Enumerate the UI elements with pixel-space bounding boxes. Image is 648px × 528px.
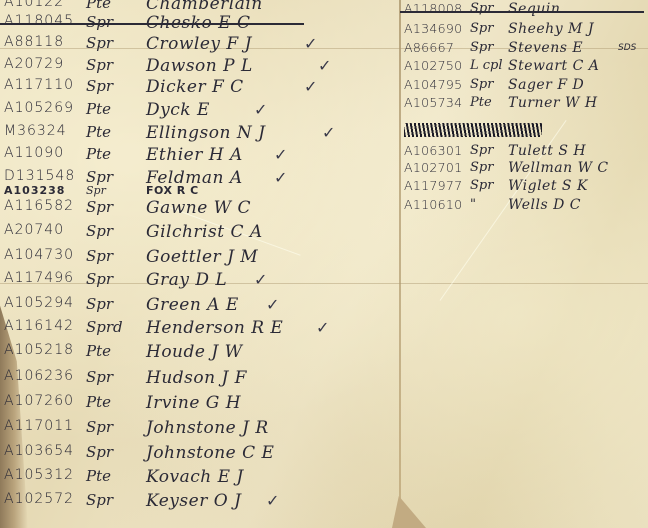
roster-entry-struck: A118008 Spr Sequin — [404, 1, 604, 23]
rank: Sprd — [86, 318, 123, 336]
rank: Spr — [470, 40, 493, 55]
rank: Spr — [86, 56, 113, 74]
service-number: A105218 — [4, 342, 74, 358]
rank: Spr — [86, 184, 106, 197]
soldier-name: Stevens E — [508, 40, 583, 56]
service-number: A118008 — [404, 1, 462, 16]
rank: Spr — [86, 295, 113, 313]
soldier-name: Kovach E J — [146, 467, 244, 487]
service-number: A105312 — [4, 467, 74, 483]
service-number: A105294 — [4, 295, 74, 311]
soldier-name: Wellman W C — [508, 160, 609, 176]
check-mark-icon: ✓ — [266, 295, 279, 314]
soldier-name: Johnstone J R — [146, 418, 269, 438]
service-number: A116142 — [4, 318, 74, 334]
soldier-name: Sager F D — [508, 77, 584, 93]
soldier-name: Wells D C — [508, 197, 581, 213]
soldier-name: Wiglet S K — [508, 178, 588, 194]
service-number: A105269 — [4, 100, 74, 116]
rank: Spr — [86, 443, 113, 461]
soldier-name: Gray D L — [146, 270, 227, 290]
rank: Spr — [470, 21, 493, 36]
soldier-name: Sheehy M J — [508, 21, 594, 37]
soldier-name: FOX R C — [146, 184, 199, 197]
check-mark-icon: ✓ — [254, 270, 267, 289]
rank: Spr — [470, 77, 493, 92]
rank: Pte — [86, 467, 111, 485]
soldier-name: Dawson P L — [146, 56, 253, 76]
service-number: A117977 — [404, 178, 462, 193]
service-number: A102572 — [4, 491, 74, 507]
service-number: A134690 — [404, 21, 462, 36]
soldier-name: Turner W H — [508, 95, 598, 111]
service-number: A106236 — [4, 368, 74, 384]
soldier-name: Keyser O J — [146, 491, 241, 511]
rank: Spr — [86, 491, 113, 509]
soldier-name: Chesko E C — [146, 13, 251, 33]
rank: L cpl — [470, 58, 503, 73]
rank: Pte — [86, 123, 111, 141]
soldier-name: Green A E — [146, 295, 239, 315]
rank: Spr — [86, 247, 113, 265]
rank: Spr — [86, 222, 113, 240]
check-mark-icon: ✓ — [254, 100, 267, 119]
check-mark-icon: ✓ — [304, 34, 317, 53]
margin-note: SDS — [618, 43, 636, 53]
service-number: A104795 — [404, 77, 462, 92]
rank: Spr — [86, 77, 113, 95]
soldier-name: Ellingson N J — [146, 123, 265, 143]
service-number: A104730 — [4, 247, 74, 263]
check-mark-icon: ✓ — [318, 56, 331, 75]
soldier-name: Sequin — [508, 1, 560, 17]
soldier-name: Gilchrist C A — [146, 222, 263, 242]
rank: Spr — [86, 270, 113, 288]
rank: Pte — [86, 145, 111, 163]
rank: " — [470, 197, 476, 212]
soldier-name: Gawne W C — [146, 198, 251, 218]
service-number: A20740 — [4, 222, 64, 238]
rank: Pte — [86, 0, 111, 12]
service-number: A117110 — [4, 77, 74, 93]
service-number: A118045 — [4, 13, 74, 29]
rank: Pte — [86, 100, 111, 118]
rank: Spr — [470, 160, 493, 175]
service-number: A20729 — [4, 56, 64, 72]
check-mark-icon: ✓ — [266, 491, 279, 510]
service-number: A11090 — [4, 145, 64, 161]
service-number: A107260 — [4, 393, 74, 409]
service-number: A86667 — [404, 40, 454, 55]
soldier-name: Johnstone C E — [146, 443, 274, 463]
soldier-name: Goettler J M — [146, 247, 258, 267]
service-number: A117011 — [4, 418, 74, 434]
rank: Spr — [470, 143, 493, 158]
soldier-name: Crowley F J — [146, 34, 252, 54]
service-number: A88118 — [4, 34, 64, 50]
soldier-name: Houde J W — [146, 342, 243, 362]
soldier-name: Stewart C A — [508, 58, 599, 74]
check-mark-icon: ✓ — [322, 123, 335, 142]
service-number: M36324 — [4, 123, 67, 139]
check-mark-icon: ✓ — [274, 168, 287, 187]
service-number: A116582 — [4, 198, 74, 214]
soldier-name: Henderson R E — [146, 318, 283, 338]
rank: Spr — [86, 34, 113, 52]
vertical-fold-line — [399, 0, 401, 528]
rank: Spr — [86, 198, 113, 216]
check-mark-icon: ✓ — [316, 318, 329, 337]
check-mark-icon: ✓ — [274, 145, 287, 164]
soldier-name: Chamberlain — [146, 0, 263, 14]
roster-entry-struck: A118045 Spr Chesko E C — [4, 13, 264, 35]
service-number: A105734 — [404, 95, 462, 110]
rank: Spr — [86, 418, 113, 436]
service-number: A10122 — [4, 0, 64, 10]
soldier-name: Dyck E — [146, 100, 210, 120]
rank: Pte — [86, 342, 111, 360]
soldier-name: Dicker F C — [146, 77, 244, 97]
rank: Pte — [470, 95, 492, 110]
rank: Spr — [470, 178, 493, 193]
soldier-name: Tulett S H — [508, 143, 586, 159]
rank: Pte — [86, 393, 111, 411]
rank: Spr — [86, 368, 113, 386]
roster-entry-scribbled: Spr Watt — [404, 119, 574, 141]
service-number: A103654 — [4, 443, 74, 459]
check-mark-icon: ✓ — [304, 77, 317, 96]
rank: Spr — [470, 1, 493, 16]
rank: Spr — [86, 13, 113, 31]
soldier-name: Irvine G H — [146, 393, 241, 413]
service-number: A102750 — [404, 58, 462, 73]
service-number: A103238 — [4, 184, 65, 197]
service-number: D131548 — [4, 168, 75, 184]
service-number: A110610 — [404, 197, 462, 212]
service-number: A102701 — [404, 160, 462, 175]
service-number: A117496 — [4, 270, 74, 286]
soldier-name: Hudson J F — [146, 368, 247, 388]
service-number: A106301 — [404, 143, 462, 158]
soldier-name: Ethier H A — [146, 145, 243, 165]
